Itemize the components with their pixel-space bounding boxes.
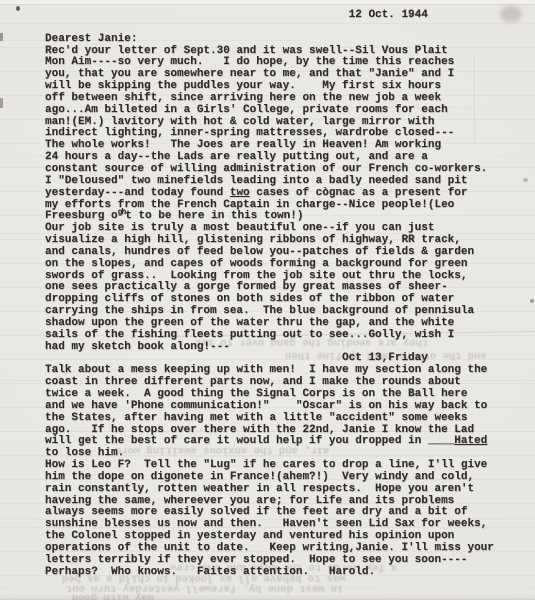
letter-line: I "Deloused" two minefields leading into… <box>45 176 525 188</box>
paper-top-edge <box>0 0 535 5</box>
paper-speck <box>0 33 3 41</box>
paper-crease <box>0 588 535 590</box>
letter-line: and canals, hundres of feed below you--p… <box>45 247 525 259</box>
letter-line: rain constantly, rotten weather in all r… <box>45 484 525 496</box>
scanned-letter-page: they are sending the gang over to seeand… <box>0 0 535 600</box>
letter-line: yesterday---and today found two cases of… <box>45 188 525 200</box>
letter-line: on the slopes, and capes of woods formin… <box>45 259 525 271</box>
letter-line: Perhaps? Who knows. Faites attention. Ha… <box>45 567 525 579</box>
letter-line: shadow upon the green of the water thru … <box>45 318 525 330</box>
letter-body: 12 Oct. 1944 Dearest Janie:Rec'd your le… <box>45 10 525 579</box>
letter-line: letters terribly if they ever stopped. H… <box>45 555 525 567</box>
bleedthrough-line: in West done by, farewell yesterday turn… <box>66 582 343 594</box>
letter-line: him the dope on digonete in France!(ahem… <box>45 472 525 484</box>
letter-line: Dearest Janie: <box>45 34 525 46</box>
letter-line: and we have 'Phone communication!" "Osca… <box>45 401 525 413</box>
paper-bottom-edge <box>0 594 535 600</box>
paper-speck <box>16 6 20 11</box>
letter-line: ago...Am billeted in a Girls' College, p… <box>45 105 525 117</box>
letter-line <box>45 22 525 34</box>
paper-speck <box>530 299 534 303</box>
letter-line: 12 Oct. 1944 <box>45 10 525 22</box>
letter-line: off between shift, since arriving here o… <box>45 93 525 105</box>
letter-line: sails of the fishing fleets putting out … <box>45 330 525 342</box>
paper-speck <box>0 98 3 108</box>
letter-line: the States, after having met with a litt… <box>45 413 525 425</box>
